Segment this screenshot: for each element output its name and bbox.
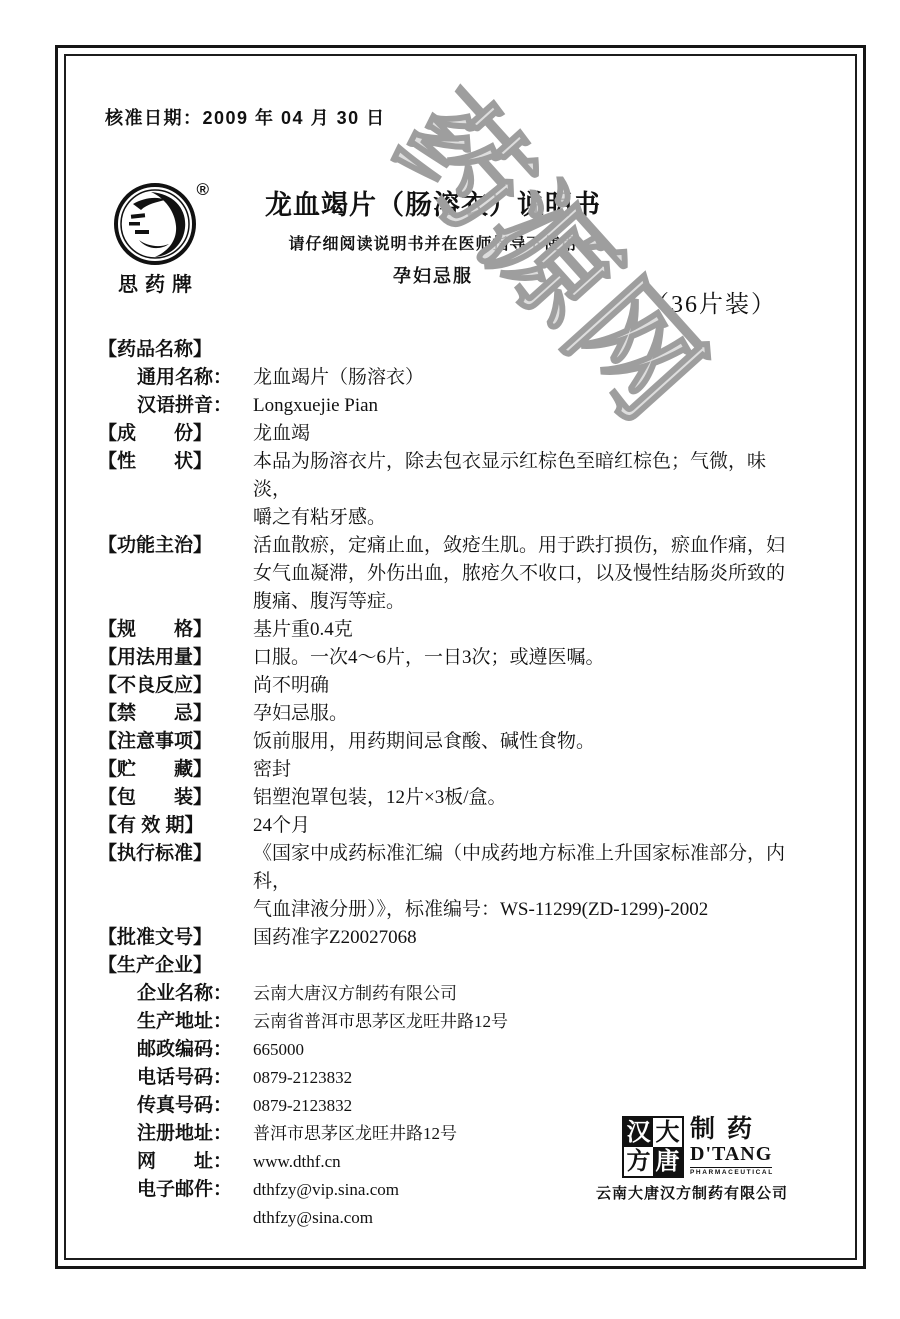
field-label: 【性 状】 [98,448,253,476]
field-row-postal-code: 邮政编码：665000 [98,1036,798,1064]
field-value: 密封 [253,756,798,784]
field-label: 【执行标准】 [98,840,253,868]
crescent-moon-seal-icon: ® [113,182,197,266]
field-value: 饭前服用，用药期间忌食酸、碱性食物。 [253,728,798,756]
field-value: 孕妇忌服。 [253,700,798,728]
field-value: 665000 [253,1036,798,1064]
manufacturer-logo-text: 制药 D'TANG PHARMACEUTICAL [690,1116,810,1176]
logo-en-subtitle: PHARMACEUTICAL [690,1169,810,1176]
field-label: 邮政编码： [137,1036,253,1064]
logo-grid-cell: 方 [624,1147,653,1176]
field-row-strength: 【规 格】基片重0.4克 [98,616,798,644]
field-label: 【规 格】 [98,616,253,644]
logo-en-label: D'TANG [690,1142,772,1168]
field-row-indications: 【功能主治】活血散瘀，定痛止血，敛疮生肌。用于跌打损伤，瘀血作痛，妇 女气血凝滞… [98,532,798,616]
field-value: 本品为肠溶衣片，除去包衣显示红棕色至暗红棕色；气微，味淡， 嚼之有粘牙感。 [253,448,798,532]
field-label: 【批准文号】 [98,924,253,952]
pack-size: （36片装） [645,284,777,319]
field-value: dthfzy@sina.com [253,1204,798,1232]
field-row-email-2: dthfzy@sina.com [98,1204,798,1232]
logo-cn-label: 制药 [690,1116,810,1142]
field-value: 云南省普洱市思茅区龙旺井路12号 [253,1008,798,1036]
field-label: 【包 装】 [98,784,253,812]
field-row-approval-number: 【批准文号】国药准字Z20027068 [98,924,798,952]
logo-grid-cell: 汉 [624,1118,653,1147]
field-value: 龙血竭 [253,420,798,448]
dtang-seal-icon: 汉 大 方 唐 [622,1116,684,1178]
field-label: 【有 效 期】 [98,812,253,840]
field-label: 【不良反应】 [98,672,253,700]
field-value: 24个月 [253,812,798,840]
field-row-standard: 【执行标准】《国家中成药标准汇编（中成药地方标准上升国家标准部分，内科， 气血津… [98,840,798,924]
field-row-adverse-reactions: 【不良反应】尚不明确 [98,672,798,700]
field-label: 电子邮件： [137,1176,253,1204]
field-value: 云南大唐汉方制药有限公司 [253,980,798,1008]
field-value: 尚不明确 [253,672,798,700]
field-row-pinyin: 汉语拼音：Longxuejie Pian [98,392,798,420]
field-label: 注册地址： [137,1120,253,1148]
page-title: 龙血竭片（肠溶衣）说明书 [233,183,633,222]
field-value: Longxuejie Pian [253,392,798,420]
field-row-production-address: 生产地址：云南省普洱市思茅区龙旺井路12号 [98,1008,798,1036]
field-label: 【功能主治】 [98,532,253,560]
registered-mark: ® [196,180,209,200]
field-label: 【成 份】 [98,420,253,448]
field-label: 【禁 忌】 [98,700,253,728]
field-value: 基片重0.4克 [253,616,798,644]
field-row-drug-name: 【药品名称】 [98,336,798,364]
field-label: 【注意事项】 [98,728,253,756]
field-label: 企业名称： [137,980,253,1008]
field-row-manufacturer: 【生产企业】 [98,952,798,980]
field-label: 【生产企业】 [98,952,253,980]
field-row-shelf-life: 【有 效 期】24个月 [98,812,798,840]
brand-name: 思药牌 [109,268,208,297]
field-row-dosage: 【用法用量】口服。一次4～6片，一日3次；或遵医嘱。 [98,644,798,672]
field-value: 国药准字Z20027068 [253,924,798,952]
field-value: 《国家中成药标准汇编（中成药地方标准上升国家标准部分，内科， 气血津液分册）》，… [253,840,798,924]
field-label: 生产地址： [137,1008,253,1036]
leaflet-page: 药源网 核准日期：2009 年 04 月 30 日 ® 思药牌 龙血竭片（肠溶衣… [0,0,900,1319]
field-value: 龙血竭片（肠溶衣） [253,364,798,392]
field-row-company-name: 企业名称：云南大唐汉方制药有限公司 [98,980,798,1008]
brand-logo: ® 思药牌 [102,182,208,297]
field-row-phone: 电话号码：0879-2123832 [98,1064,798,1092]
field-label: 【贮 藏】 [98,756,253,784]
page-subtitle: 请仔细阅读说明书并在医师指导下使用 [233,231,633,254]
field-row-contraindications: 【禁 忌】孕妇忌服。 [98,700,798,728]
manufacturer-logo: 汉 大 方 唐 制药 D'TANG PHARMACEUTICAL [622,1116,810,1178]
field-label: 通用名称： [137,364,253,392]
field-row-ingredients: 【成 份】龙血竭 [98,420,798,448]
logo-grid-cell: 大 [653,1118,682,1147]
field-row-packaging: 【包 装】铝塑泡罩包装，12片×3板/盒。 [98,784,798,812]
manufacturer-name: 云南大唐汉方制药有限公司 [596,1182,788,1203]
field-value: 0879-2123832 [253,1064,798,1092]
title-block: 龙血竭片（肠溶衣）说明书 请仔细阅读说明书并在医师指导下使用 孕妇忌服 [233,183,633,288]
field-value: 活血散瘀，定痛止血，敛疮生肌。用于跌打损伤，瘀血作痛，妇 女气血凝滞，外伤出血，… [253,532,798,616]
field-label: 网 址： [137,1148,253,1176]
logo-grid-cell: 唐 [653,1147,682,1176]
field-row-storage: 【贮 藏】密封 [98,756,798,784]
field-row-generic-name: 通用名称：龙血竭片（肠溶衣） [98,364,798,392]
leaflet-fields: 【药品名称】 通用名称：龙血竭片（肠溶衣） 汉语拼音：Longxuejie Pi… [98,336,798,1232]
field-row-description: 【性 状】本品为肠溶衣片，除去包衣显示红棕色至暗红棕色；气微，味淡， 嚼之有粘牙… [98,448,798,532]
field-label: 汉语拼音： [137,392,253,420]
field-label: 【药品名称】 [98,336,253,364]
field-label: 传真号码： [137,1092,253,1120]
field-value: 口服。一次4～6片，一日3次；或遵医嘱。 [253,644,798,672]
field-label: 电话号码： [137,1064,253,1092]
field-row-precautions: 【注意事项】饭前服用，用药期间忌食酸、碱性食物。 [98,728,798,756]
field-label: 【用法用量】 [98,644,253,672]
approval-date: 核准日期：2009 年 04 月 30 日 [105,104,386,130]
pregnancy-warning: 孕妇忌服 [233,262,633,288]
field-value: 铝塑泡罩包装，12片×3板/盒。 [253,784,798,812]
